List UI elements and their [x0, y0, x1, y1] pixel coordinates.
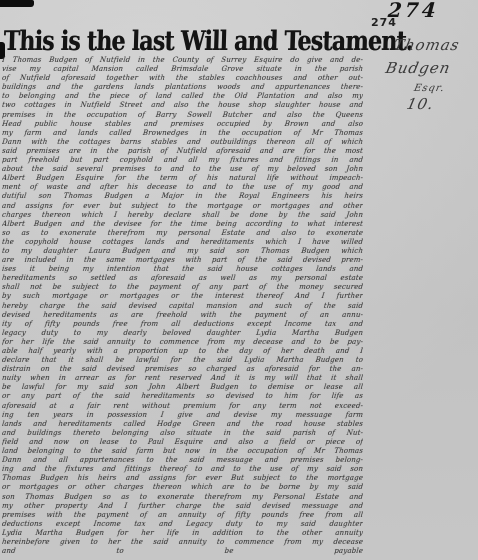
margin-testator-surname: Budgen [384, 59, 452, 77]
manuscript-line: ing and the fixtures and fittings thereo… [2, 465, 363, 474]
manuscript-line: so as to exonerate therefrom my personal… [2, 229, 363, 238]
manuscript-line: ing ten years in possession I give and d… [2, 411, 363, 420]
manuscript-line: dutiful son Thomas Budgen a Major in the… [2, 192, 363, 201]
manuscript-line: hereditaments so settled as aforesaid as… [2, 274, 363, 283]
manuscript-line: deductions except Income tax and Legacy … [2, 520, 363, 529]
manuscript-line: Dann and all appurtenances to the said m… [2, 456, 363, 465]
manuscript-line: legacy duty to my dearly beloved daughte… [2, 329, 363, 338]
manuscript-line: vise my capital Mansion called Brimsdale… [2, 65, 363, 74]
manuscript-line: or mortgages or other charges thereon wh… [2, 483, 363, 492]
manuscript-line: nuity when in arrear as for rent reserve… [2, 374, 363, 383]
manuscript-line: buildings and the gardens lands plantati… [2, 83, 363, 92]
manuscript-line: field and now on lease to Paul Esquire a… [2, 438, 363, 447]
manuscript-line: and assigns for ever but subject to the … [2, 202, 363, 211]
manuscript-line: Head public house stables and premises o… [2, 120, 363, 129]
manuscript-page: 274 274 This is the last Will and Testam… [0, 0, 478, 560]
manuscript-line: Dann with the cottages barns stables and… [2, 138, 363, 147]
manuscript-line: premises in the occupation of Barry Sowe… [2, 111, 363, 120]
manuscript-line: by such mortgage or mortgages or the int… [2, 292, 363, 301]
binding-mark-top [0, 0, 34, 7]
margin-testator-first-name: Thomas [392, 36, 461, 54]
manuscript-line: my farm and lands called Brownedges in t… [2, 129, 363, 138]
manuscript-line: hereby charge the said devised capital m… [2, 302, 363, 311]
manuscript-line: the copyhold house cottages lands and he… [2, 238, 363, 247]
manuscript-body: I Thomas Budgen of Nutfield in the Count… [2, 56, 363, 558]
manuscript-line: to my daughter Laura Budgen and my said … [2, 247, 363, 256]
manuscript-line: declare that it shall be lawful for the … [2, 356, 363, 365]
manuscript-line: of Nutfield aforesaid together with the … [2, 74, 363, 83]
manuscript-line: two cottages in Nutfield Street and also… [2, 101, 363, 110]
manuscript-line: son Thomas Budgen so as to exonerate the… [2, 493, 363, 502]
margin-folio-number: 10. [405, 95, 436, 113]
manuscript-line: Albert Budgen and the devisee for the ti… [2, 220, 363, 229]
margin-esquire-abbrev: Esqr. [413, 83, 446, 94]
manuscript-line: or any part of the said hereditaments so… [2, 392, 363, 401]
will-title: This is the last Will and Testament. [3, 26, 413, 57]
manuscript-line: premises with the payment of an annuity … [2, 511, 363, 520]
manuscript-line: ises it being my intention that the said… [2, 265, 363, 274]
manuscript-line: land belonging to the said farm but now … [2, 447, 363, 456]
manuscript-line: are included in the same mortgages with … [2, 256, 363, 265]
manuscript-line: aforesaid at a fair rent without premium… [2, 402, 363, 411]
manuscript-line: Lydia Martha Budgen for her life in addi… [2, 529, 363, 538]
manuscript-line: I Thomas Budgen of Nutfield in the Count… [2, 56, 363, 65]
manuscript-line: hereinbefore given to her the said annui… [2, 538, 363, 547]
manuscript-line: ity of fifty pounds free from all deduct… [2, 320, 363, 329]
manuscript-line: devised hereditaments as are freehold wi… [2, 311, 363, 320]
manuscript-line: charges thereon which I hereby declare s… [2, 211, 363, 220]
manuscript-line: about the said several premises to and t… [2, 165, 363, 174]
manuscript-line: my other property And I further charge t… [2, 502, 363, 511]
manuscript-line: Albert Budgen Esquire for the term of hi… [2, 174, 363, 183]
manuscript-line: distrain on the said devised premises so… [2, 365, 363, 374]
manuscript-line: part freehold but part copyhold and all … [2, 156, 363, 165]
manuscript-line: for her life the said annuity to commenc… [2, 338, 363, 347]
manuscript-line: lands and hereditaments called Hodge Gre… [2, 420, 363, 429]
manuscript-line: able half yearly with a proportion up to… [2, 347, 363, 356]
manuscript-line: and buildings thereto belonging also sit… [2, 429, 363, 438]
manuscript-line: said premises are in the parish of Nutfi… [2, 147, 363, 156]
manuscript-line: and to be payable [2, 547, 363, 556]
